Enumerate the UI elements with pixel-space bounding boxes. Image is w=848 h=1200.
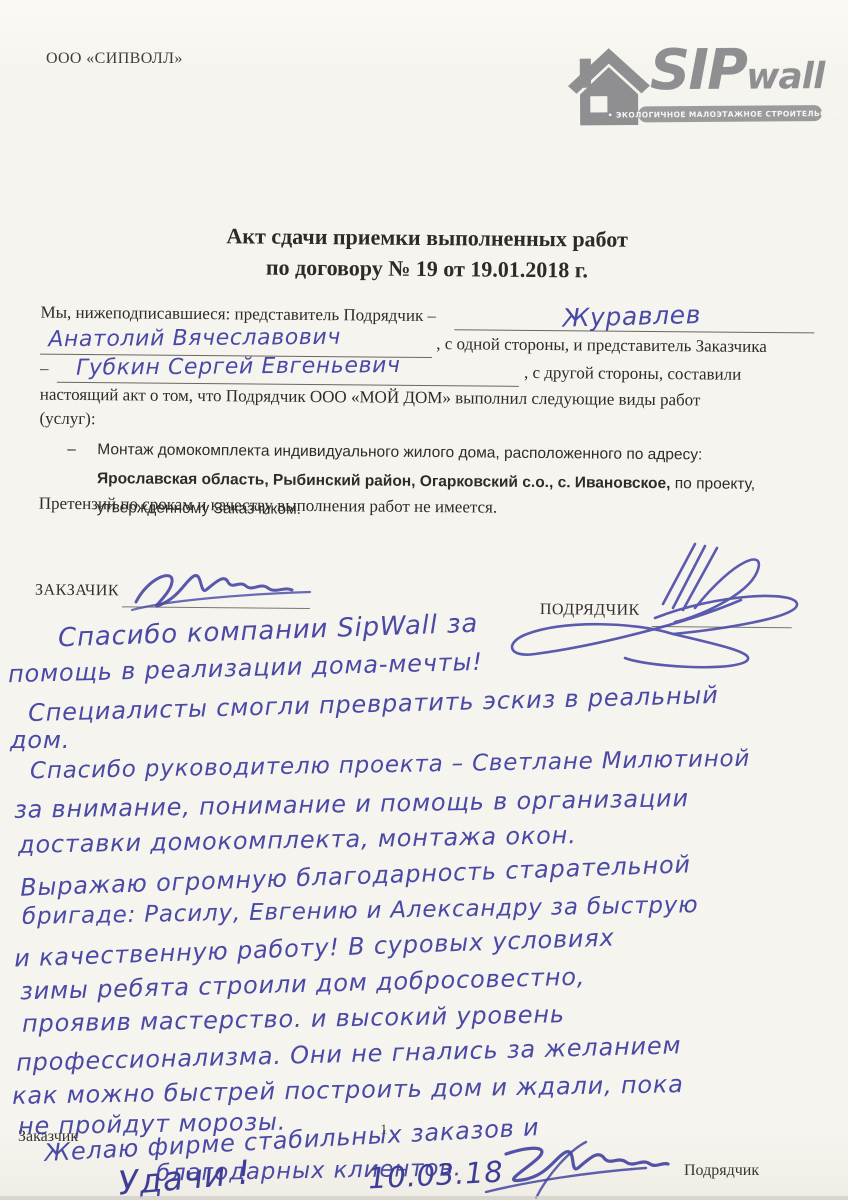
title-line-2: по договору № 19 от 19.01.2018 г.: [3, 249, 848, 287]
page-number: 1: [380, 1122, 388, 1139]
bottom-customer-signature: [478, 1140, 678, 1200]
intro-line-3: , с другой стороны, составили: [524, 363, 741, 385]
intro-dash: –: [40, 359, 49, 379]
work-item-text-address: Ярославская область, Рыбинский район, Ог…: [97, 470, 671, 492]
customer-signature-label: ЗАКЗАЧИК: [35, 582, 119, 601]
contractor-signature: [505, 538, 805, 673]
handwritten-customer-name: Губкин Сергей Евгеньевич: [76, 353, 401, 381]
intro-line-1: Мы, нижеподписавшиеся: представитель Под…: [40, 303, 436, 326]
document-page: ООО «СИПВОЛЛ» SIPwall • ЭКОЛОГИЧНОЕ МАЛО…: [0, 0, 848, 1200]
footer-contractor-label: Подрядчик: [684, 1162, 759, 1180]
note-line: дом.: [10, 726, 70, 754]
work-item-text-regular: Монтаж домокомплекта индивидуального жил…: [97, 441, 702, 463]
intro-line-2: , с одной стороны, и представитель Заказ…: [436, 334, 767, 357]
claims-statement: Претензий по срокам и качеству выполнени…: [39, 494, 498, 518]
footer-customer-label: Заказчик: [18, 1128, 78, 1146]
intro-line-5: (услуг):: [39, 409, 95, 429]
intro-line-4: настоящий акт о том, что Подрядчик ООО «…: [40, 385, 701, 411]
handwritten-contractor-patronymic: Анатолий Вячеславович: [48, 325, 341, 353]
customer-signature: [128, 560, 318, 622]
handwritten-contractor-surname: Журавлев: [562, 300, 701, 333]
document-title: Акт сдачи приемки выполненных работ по д…: [3, 218, 848, 287]
